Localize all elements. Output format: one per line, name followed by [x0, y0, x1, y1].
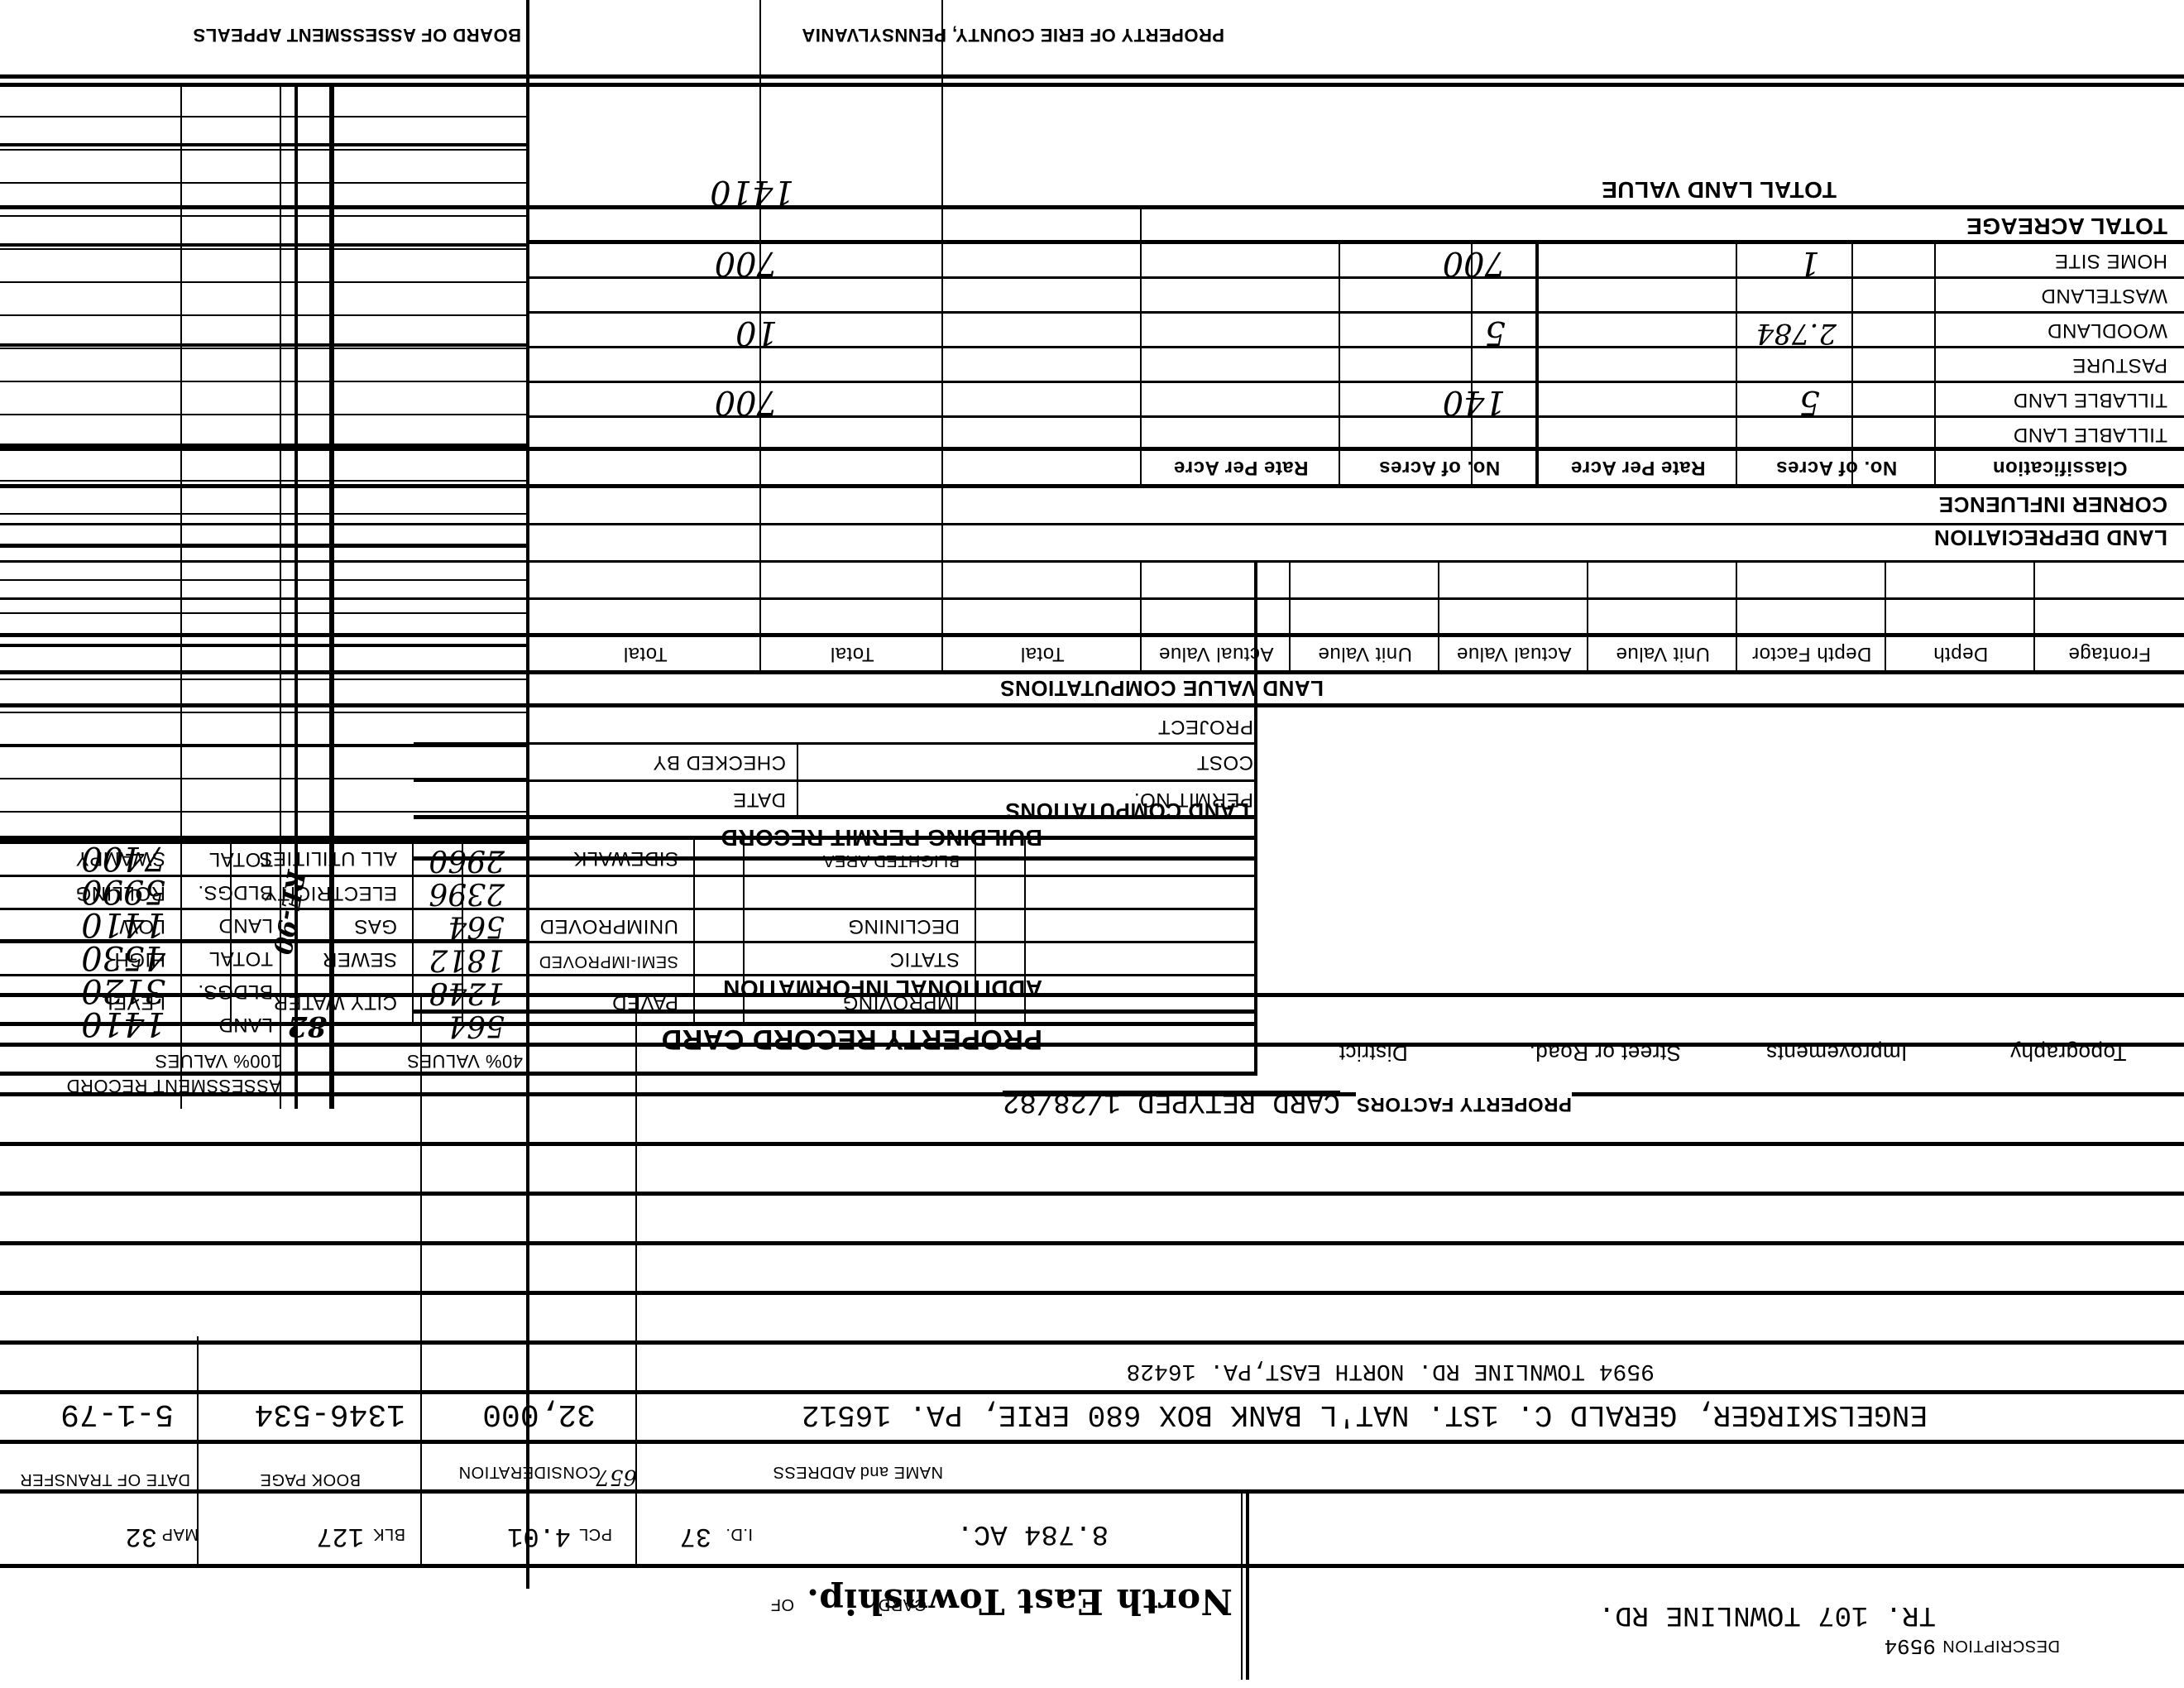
rule [0, 1192, 2184, 1196]
rule [529, 276, 2184, 279]
transfer-consideration[interactable]: 32,000 [482, 1396, 596, 1431]
row-tillable-land-1: TILLABLE LAND [2013, 423, 2167, 446]
total-40-2[interactable]: 2960 [429, 843, 505, 877]
corner-influence-label: CORNER INFLUENCE [1938, 492, 2167, 517]
total-land-value[interactable]: 1410 [710, 173, 794, 211]
col-no-of-acres-1: No. of Acres [1737, 456, 1936, 479]
col-district: District [1257, 1040, 1489, 1066]
total-land-value-label: TOTAL LAND VALUE [1602, 176, 1837, 203]
divider [1241, 1489, 1243, 1680]
land-value-computations-title: LAND VALUE COMPUTATIONS [1000, 675, 1324, 701]
col-total-1: Total [943, 642, 1142, 665]
divider [1535, 244, 1539, 484]
divider [797, 745, 798, 819]
label-total: TOTAL [208, 847, 273, 870]
row-wasteland: WASTELAND [2041, 284, 2167, 307]
row-tillable-land-2: TILLABLE LAND [2013, 388, 2167, 411]
rule [529, 311, 2184, 314]
col-name-address: NAME and ADDRESS [773, 1462, 943, 1481]
rule [0, 74, 2184, 79]
divider [1289, 563, 1291, 674]
bldgs-40-2[interactable]: 2396 [429, 876, 505, 910]
divider [1140, 563, 1142, 674]
transfer-address[interactable]: 9594 TOWNLINE RD. NORTH EAST,PA. 16428 [1126, 1358, 1655, 1383]
handwritten-note: 657 [596, 1465, 637, 1489]
rule [0, 1022, 1257, 1026]
additional-info-area[interactable] [414, 885, 1257, 968]
factor-gas[interactable]: GAS [354, 914, 397, 938]
rule [414, 1009, 1257, 1014]
header-right-title: BOARD OF ASSESSMENT APPEALS [193, 24, 521, 46]
divider [197, 1336, 199, 1568]
property-record-card: PROPERTY OF ERIE COUNTY, PENNSYLVANIA BO… [0, 0, 2184, 1688]
col-frontage: Frontage [2035, 642, 2184, 665]
col-rate-per-acre-1: Rate Per Acre [1539, 456, 1737, 479]
rule [414, 856, 1257, 861]
divider [1438, 563, 1439, 674]
rule [0, 875, 1257, 877]
map-value[interactable]: 32 [126, 1521, 157, 1551]
rule [414, 815, 1257, 819]
rule [0, 1390, 2184, 1394]
divider [1736, 244, 1737, 484]
permit-no-label: PERMIT NO. [1133, 788, 1253, 811]
land-100-2[interactable]: 1410 [81, 905, 165, 943]
transfer-book-page[interactable]: 1346-534 [255, 1396, 405, 1431]
col-improvements: Improvements [1721, 1040, 1952, 1066]
label-bldgs: BLDGS. [198, 980, 273, 1003]
row-total-acreage: TOTAL ACREAGE [1966, 213, 2167, 239]
rule [0, 1440, 2184, 1444]
classification-table: TILLABLE LAND TILLABLE LAND PASTURE WOOD… [529, 186, 2184, 451]
rule [414, 779, 1257, 782]
divider [1736, 563, 1737, 674]
col-40-values: 40% VALUES [407, 1050, 523, 1072]
woodland-acres[interactable]: 2.784 [1756, 317, 1837, 350]
label-total: TOTAL [208, 947, 273, 970]
assessment-group-rules [0, 83, 529, 844]
rule [0, 1241, 2184, 1245]
label-land: LAND [218, 914, 273, 937]
tillable-value[interactable]: 700 [715, 383, 778, 421]
rule [0, 1564, 2184, 1568]
col-date-of-transfer: DATE OF TRANSFER [25, 1471, 190, 1488]
blk-value[interactable]: 127 [316, 1521, 364, 1551]
divider [420, 1494, 422, 1568]
pcl-label: PCL [579, 1524, 612, 1543]
additional-info-title: ADDITIONAL INFORMATION [723, 975, 1042, 1001]
col-book-page: BOOK PAGE [207, 1471, 414, 1488]
col-total-3: Total [529, 642, 761, 665]
permit-cost-label: COST [1196, 750, 1253, 774]
divider [635, 1494, 637, 1568]
label-land: LAND [218, 1013, 273, 1036]
divider [1851, 244, 1853, 484]
divider [2033, 563, 2035, 674]
transfer-date[interactable]: 5-1-79 [60, 1396, 174, 1431]
col-actual-value-1: Actual Value [1439, 642, 1588, 665]
divider [1885, 563, 1886, 674]
description-text[interactable]: TR. 107 TOWNLINE RD. [1598, 1599, 1936, 1630]
home-site-acres[interactable]: 1 [1799, 244, 1820, 282]
divider [1246, 1489, 1249, 1680]
col-depth-factor: Depth Factor [1737, 642, 1886, 665]
card-title: PROPERTY RECORD CARD [661, 1023, 1042, 1055]
township-stamp: North East Township. [807, 1581, 1233, 1622]
divider [1934, 244, 1936, 484]
land-40-2[interactable]: 564 [448, 909, 505, 943]
divider [1140, 209, 1142, 484]
bldgs-40-1[interactable]: 1248 [429, 976, 505, 1009]
map-label: MAP [161, 1524, 199, 1543]
land-depreciation-label: LAND DEPRECIATION [1934, 525, 2167, 550]
rule [529, 240, 2184, 244]
rule [529, 415, 2184, 418]
property-factors-title: PROPERTY FACTORS [1357, 1092, 1573, 1115]
retyped-note: CARD RETYPED 1/28/82 [1003, 1086, 1340, 1117]
id-label: I.D. [726, 1524, 753, 1543]
col-actual-value-2: Actual Value [1142, 642, 1291, 665]
assessment-record-title: ASSESSMENT RECORD [66, 1075, 281, 1096]
home-site-rate[interactable]: 700 [1443, 244, 1506, 282]
id-value[interactable]: 37 [680, 1521, 711, 1551]
rule [0, 974, 1257, 976]
total-100-1[interactable]: 4530 [81, 938, 165, 976]
permit-checked-by-label: CHECKED BY [653, 750, 786, 774]
row-pasture: PASTURE [2072, 353, 2167, 376]
rule [0, 1291, 2184, 1295]
bldgs-100-1[interactable]: 3120 [81, 971, 165, 1009]
permit-date-label: DATE [733, 788, 786, 811]
year-note-1: 82 [288, 1009, 327, 1043]
woodland-value[interactable]: 10 [735, 314, 778, 352]
acreage[interactable]: 8.784 AC. [956, 1518, 1109, 1549]
col-unit-value-2: Unit Value [1291, 642, 1439, 665]
rule [0, 1142, 2184, 1146]
col-unit-value-1: Unit Value [1588, 642, 1737, 665]
building-permit-title: BUILDING PERMIT RECORD [721, 824, 1042, 851]
bldgs-100-2[interactable]: 5990 [81, 872, 165, 910]
land-40-1[interactable]: 564 [448, 1009, 505, 1043]
col-rate-per-acre-2: Rate Per Acre [1142, 456, 1340, 479]
blk-label: BLK [373, 1524, 405, 1543]
tillable-rate[interactable]: 140 [1443, 383, 1506, 421]
total-40-1[interactable]: 1812 [429, 942, 505, 976]
woodland-rate[interactable]: 5 [1485, 314, 1506, 352]
rule [529, 381, 2184, 383]
header-left-title: PROPERTY OF ERIE COUNTY, PENNSYLVANIA [802, 24, 1224, 46]
label-bldgs: BLDGS. [198, 880, 273, 904]
home-site-value[interactable]: 700 [715, 244, 778, 282]
col-total-2: Total [761, 642, 943, 665]
permit-project-label: PROJECT [1157, 715, 1253, 738]
rule [0, 1340, 2184, 1345]
description-number: 9594 [1885, 1633, 1936, 1658]
col-topography: Topography [1952, 1040, 2184, 1066]
col-no-of-acres-2: No. of Acres [1340, 456, 1539, 479]
rule [0, 1489, 2184, 1494]
pcl-value[interactable]: 4.01 [507, 1521, 571, 1551]
col-classification: Classification [1936, 456, 2184, 479]
rule [529, 346, 2184, 348]
col-100-values: 100% VALUES [155, 1050, 281, 1072]
rule [414, 742, 1257, 745]
land-100-1[interactable]: 1410 [81, 1005, 165, 1043]
card-of-label: OF [770, 1594, 794, 1614]
classification-header: Classification No. of Acres Rate Per Acr… [529, 451, 2184, 484]
total-100-2[interactable]: 7400 [81, 839, 165, 877]
row-woodland: WOODLAND [2047, 319, 2167, 342]
transfer-name[interactable]: ENGELSKIRGER, GERALD C. 1ST. NAT'L BANK … [802, 1398, 1928, 1431]
row-home-site: HOME SITE [2054, 249, 2167, 272]
col-street-road: Street or Road. [1489, 1040, 1721, 1066]
description-label: DESCRIPTION [1942, 1636, 2060, 1655]
divider [1587, 563, 1588, 674]
tillable-acres[interactable]: 5 [1799, 383, 1820, 421]
col-depth: Depth [1886, 642, 2035, 665]
divider [1339, 244, 1340, 484]
